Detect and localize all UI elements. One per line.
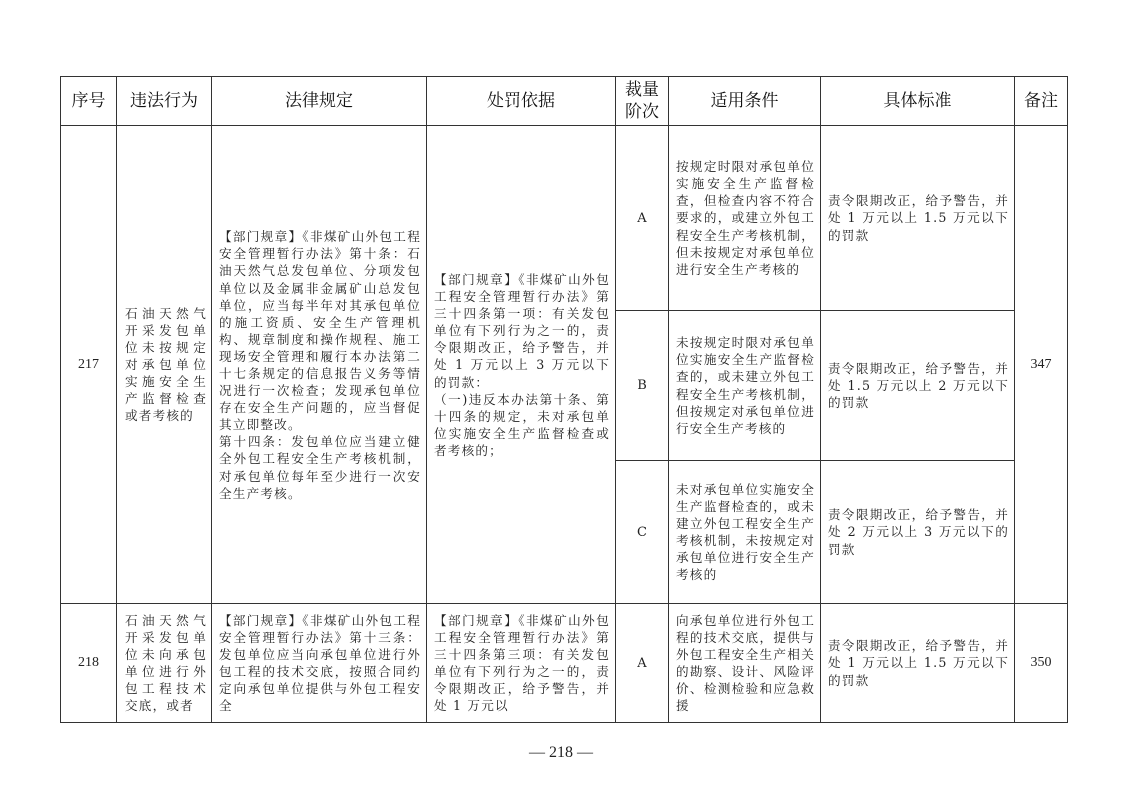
header-legal-provision: 法律规定 — [212, 77, 427, 126]
level-cell: A — [616, 126, 669, 311]
page-number: — 218 — — [0, 744, 1122, 762]
level-label: B — [637, 378, 647, 393]
header-applicable-condition: 适用条件 — [669, 77, 821, 126]
header-penalty-basis: 处罚依据 — [427, 77, 616, 126]
table-row: 217 石油天然气开采发包单位未按规定对承包单位实施安全生产监督检查或者考核的 … — [61, 126, 1068, 311]
violation-text: 石油天然气开采发包单位未按规定对承包单位实施安全生产监督检查或者考核的 — [117, 305, 211, 425]
standard-cell: 责令限期改正，给予警告，并处 1.5 万元以上 2 万元以下的罚款 — [821, 311, 1015, 461]
remarks-cell: 347 — [1015, 126, 1068, 604]
row-id-cell: 217 — [61, 126, 117, 604]
standard-text: 责令限期改正，给予警告，并处 2 万元以上 3 万元以下的罚款 — [821, 506, 1014, 557]
standard-text: 责令限期改正，给予警告，并处 1 万元以上 1.5 万元以下的罚款 — [821, 192, 1014, 243]
row-id-cell: 218 — [61, 604, 117, 723]
condition-cell: 按规定时限对承包单位实施安全生产监督检查，但检查内容不符合要求的，或建立外包工程… — [669, 126, 821, 311]
condition-text: 按规定时限对承包单位实施安全生产监督检查，但检查内容不符合要求的，或建立外包工程… — [669, 158, 820, 278]
penalty-discretion-table: 序号 违法行为 法律规定 处罚依据 裁量 阶次 适用条件 具体标准 备注 217… — [60, 76, 1068, 723]
level-cell: C — [616, 461, 669, 604]
header-discretion-level: 裁量 阶次 — [616, 77, 669, 126]
condition-cell: 向承包单位进行外包工程的技术交底，提供与外包工程安全生产相关的勘察、设计、风险评… — [669, 604, 821, 723]
violation-cell: 石油天然气开采发包单位未向承包单位进行外包工程技术交底，或者 — [117, 604, 212, 723]
standard-text: 责令限期改正，给予警告，并处 1.5 万元以上 2 万元以下的罚款 — [821, 360, 1014, 411]
condition-cell: 未按规定时限对承包单位实施安全生产监督检查的，或未建立外包工程安全生产考核机制，… — [669, 311, 821, 461]
header-remarks: 备注 — [1015, 77, 1068, 126]
standard-cell: 责令限期改正，给予警告，并处 1 万元以上 1.5 万元以下的罚款 — [821, 604, 1015, 723]
level-label: C — [637, 525, 647, 540]
standard-cell: 责令限期改正，给予警告，并处 1 万元以上 1.5 万元以下的罚款 — [821, 126, 1015, 311]
condition-text: 向承包单位进行外包工程的技术交底，提供与外包工程安全生产相关的勘察、设计、风险评… — [669, 612, 820, 715]
penalty-basis-cell: 【部门规章】《非煤矿山外包工程安全管理暂行办法》第三十四条第三项：有关发包单位有… — [427, 604, 616, 723]
table-row: 218 石油天然气开采发包单位未向承包单位进行外包工程技术交底，或者 【部门规章… — [61, 604, 1068, 723]
header-specific-standard: 具体标准 — [821, 77, 1015, 126]
condition-cell: 未对承包单位实施安全生产监督检查的，或未建立外包工程安全生产考核机制，未按规定对… — [669, 461, 821, 604]
penalty-basis-text: 【部门规章】《非煤矿山外包工程安全管理暂行办法》第三十四条第一项：有关发包单位有… — [427, 270, 615, 459]
row-id: 217 — [78, 357, 99, 372]
violation-cell: 石油天然气开采发包单位未按规定对承包单位实施安全生产监督检查或者考核的 — [117, 126, 212, 604]
row-id: 218 — [78, 655, 99, 670]
legal-provision-cell: 【部门规章】《非煤矿山外包工程安全管理暂行办法》第十三条：发包单位应当向承包单位… — [212, 604, 427, 723]
violation-text: 石油天然气开采发包单位未向承包单位进行外包工程技术交底，或者 — [117, 612, 211, 715]
condition-text: 未对承包单位实施安全生产监督检查的，或未建立外包工程安全生产考核机制，未按规定对… — [669, 481, 820, 584]
remarks-value: 347 — [1031, 357, 1052, 372]
penalty-basis-text: 【部门规章】《非煤矿山外包工程安全管理暂行办法》第三十四条第三项：有关发包单位有… — [427, 612, 615, 715]
legal-provision-text: 【部门规章】《非煤矿山外包工程安全管理暂行办法》第十条：石油天然气总发包单位、分… — [212, 227, 426, 502]
legal-provision-text: 【部门规章】《非煤矿山外包工程安全管理暂行办法》第十三条：发包单位应当向承包单位… — [212, 612, 426, 715]
standard-cell: 责令限期改正，给予警告，并处 2 万元以上 3 万元以下的罚款 — [821, 461, 1015, 604]
remarks-value: 350 — [1031, 655, 1052, 670]
level-label: A — [637, 656, 646, 671]
header-row: 序号 违法行为 法律规定 处罚依据 裁量 阶次 适用条件 具体标准 备注 — [61, 77, 1068, 126]
standard-text: 责令限期改正，给予警告，并处 1 万元以上 1.5 万元以下的罚款 — [821, 637, 1014, 688]
condition-text: 未按规定时限对承包单位实施安全生产监督检查的，或未建立外包工程安全生产考核机制，… — [669, 334, 820, 437]
level-cell: A — [616, 604, 669, 723]
legal-provision-cell: 【部门规章】《非煤矿山外包工程安全管理暂行办法》第十条：石油天然气总发包单位、分… — [212, 126, 427, 604]
penalty-basis-cell: 【部门规章】《非煤矿山外包工程安全管理暂行办法》第三十四条第一项：有关发包单位有… — [427, 126, 616, 604]
level-label: A — [637, 211, 646, 226]
header-violation: 违法行为 — [117, 77, 212, 126]
header-serial-number: 序号 — [61, 77, 117, 126]
remarks-cell: 350 — [1015, 604, 1068, 723]
level-cell: B — [616, 311, 669, 461]
